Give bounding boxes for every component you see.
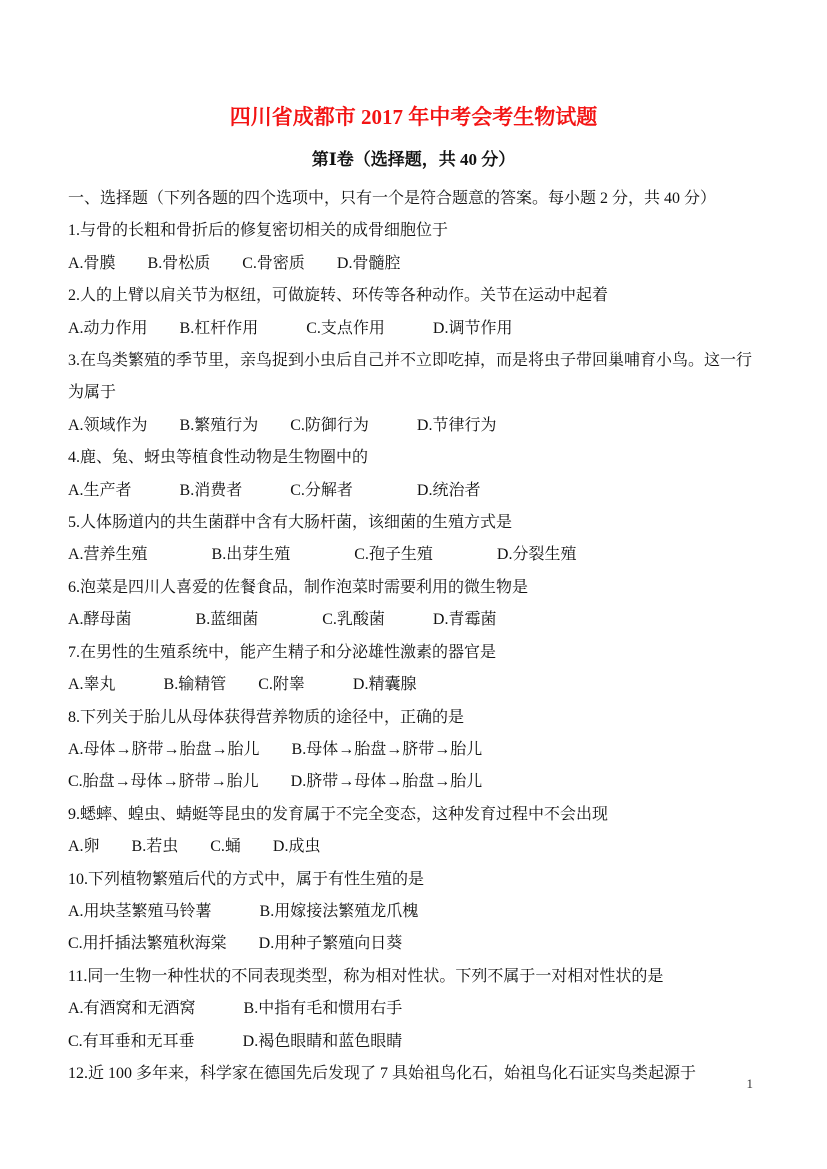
section-header: 第Ⅰ卷（选择题，共 40 分） bbox=[0, 147, 827, 173]
question-text: 6.泡菜是四川人喜爱的佐餐食品，制作泡菜时需要利用的微生物是 bbox=[68, 572, 767, 604]
question-text: 12.近 100 多年来，科学家在德国先后发现了 7 具始祖鸟化石，始祖鸟化石证… bbox=[68, 1058, 767, 1090]
option-line: A.用块茎繁殖马铃薯 B.用嫁接法繁殖龙爪槐 bbox=[68, 896, 767, 928]
question-text: 3.在鸟类繁殖的季节里，亲鸟捉到小虫后自己并不立即吃掉，而是将虫子带回巢哺育小鸟… bbox=[68, 345, 767, 410]
question-text: 2.人的上臂以肩关节为枢纽，可做旋转、环传等各种动作。关节在运动中起着 bbox=[68, 280, 767, 312]
option-line: A.母体→脐带→胎盘→胎儿 B.母体→胎盘→脐带→胎儿 bbox=[68, 734, 767, 766]
option-line: A.领域作为 B.繁殖行为 C.防御行为 D.节律行为 bbox=[68, 410, 767, 442]
questions-list: 1.与骨的长粗和骨折后的修复密切相关的成骨细胞位于A.骨膜 B.骨松质 C.骨密… bbox=[68, 215, 767, 1090]
question-text: 1.与骨的长粗和骨折后的修复密切相关的成骨细胞位于 bbox=[68, 215, 767, 247]
option-line: A.卵 B.若虫 C.蛹 D.成虫 bbox=[68, 831, 767, 863]
question-text: 8.下列关于胎儿从母体获得营养物质的途径中，正确的是 bbox=[68, 702, 767, 734]
option-line: A.动力作用 B.杠杆作用 C.支点作用 D.调节作用 bbox=[68, 313, 767, 345]
instructions: 一、选择题（下列各题的四个选项中，只有一个是符合题意的答案。每小题 2 分，共 … bbox=[68, 183, 767, 215]
page-number: 1 bbox=[747, 1076, 754, 1092]
option-line: A.营养生殖 B.出芽生殖 C.孢子生殖 D.分裂生殖 bbox=[68, 539, 767, 571]
question-text: 7.在男性的生殖系统中，能产生精子和分泌雄性激素的器官是 bbox=[68, 637, 767, 669]
exam-document-page: 四川省成都市 2017 年中考会考生物试题 第Ⅰ卷（选择题，共 40 分） 一、… bbox=[0, 0, 827, 1169]
question-text: 4.鹿、兔、蚜虫等植食性动物是生物圈中的 bbox=[68, 442, 767, 474]
option-line: A.生产者 B.消费者 C.分解者 D.统治者 bbox=[68, 475, 767, 507]
exam-body: 一、选择题（下列各题的四个选项中，只有一个是符合题意的答案。每小题 2 分，共 … bbox=[0, 183, 827, 1090]
question-text: 9.蟋蟀、蝗虫、蜻蜓等昆虫的发育属于不完全变态，这种发育过程中不会出现 bbox=[68, 799, 767, 831]
option-line: A.酵母菌 B.蓝细菌 C.乳酸菌 D.青霉菌 bbox=[68, 604, 767, 636]
option-line: C.有耳垂和无耳垂 D.褐色眼睛和蓝色眼睛 bbox=[68, 1026, 767, 1058]
option-line: C.胎盘→母体→脐带→胎儿 D.脐带→母体→胎盘→胎儿 bbox=[68, 766, 767, 798]
page-title: 四川省成都市 2017 年中考会考生物试题 bbox=[0, 0, 827, 132]
option-line: A.骨膜 B.骨松质 C.骨密质 D.骨髓腔 bbox=[68, 248, 767, 280]
question-text: 5.人体肠道内的共生菌群中含有大肠杆菌，该细菌的生殖方式是 bbox=[68, 507, 767, 539]
question-text: 11.同一生物一种性状的不同表现类型，称为相对性状。下列不属于一对相对性状的是 bbox=[68, 961, 767, 993]
question-text: 10.下列植物繁殖后代的方式中，属于有性生殖的是 bbox=[68, 864, 767, 896]
option-line: C.用扦插法繁殖秋海棠 D.用种子繁殖向日葵 bbox=[68, 928, 767, 960]
option-line: A.有酒窝和无酒窝 B.中指有毛和惯用右手 bbox=[68, 993, 767, 1025]
option-line: A.睾丸 B.输精管 C.附睾 D.精囊腺 bbox=[68, 669, 767, 701]
